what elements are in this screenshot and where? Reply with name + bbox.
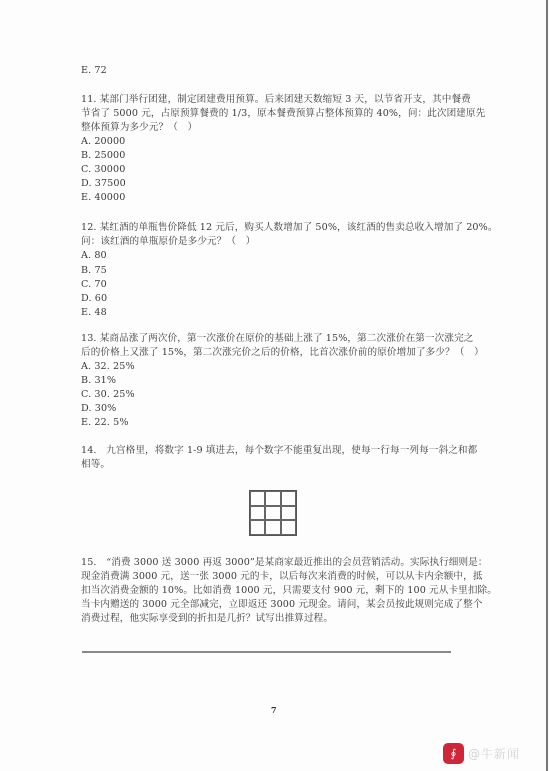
q11-option-a: A. 20000 bbox=[81, 135, 125, 149]
q13-option-a: A. 32. 25% bbox=[81, 360, 135, 374]
question-15-line-2: 现金消费满 3000 元，送一张 3000 元的卡，以后每次来消费的时候，可以从… bbox=[81, 570, 483, 584]
question-15-line-1: 15. “消费 3000 送 3000 再返 3000”是某商家最近推出的会员营… bbox=[81, 556, 488, 570]
grid-cell bbox=[250, 520, 265, 535]
grid-cell bbox=[281, 506, 296, 521]
q13-option-e: E. 22. 5% bbox=[81, 416, 129, 430]
q13-option-d: D. 30% bbox=[81, 402, 116, 416]
answer-line-divider bbox=[82, 651, 451, 653]
question-14-line-2: 相等。 bbox=[81, 458, 110, 472]
q11-option-d: D. 37500 bbox=[81, 177, 126, 191]
grid-cell bbox=[250, 506, 265, 521]
q12-option-e: E. 48 bbox=[81, 306, 107, 320]
q11-option-b: B. 25000 bbox=[81, 149, 125, 163]
q12-option-c: C. 70 bbox=[81, 278, 107, 292]
question-14-line-1: 14. 九宫格里，将数字 1-9 填进去，每个数字不能重复出现，使每一行每一列每… bbox=[81, 444, 477, 458]
grid-cell bbox=[281, 491, 296, 506]
watermark-text: @牛新闻 bbox=[468, 745, 520, 762]
question-13-line-1: 13. 某商品涨了两次价，第一次涨价在原价的基础上涨了 15%，第二次涨价在第一… bbox=[81, 332, 473, 346]
grid-cell bbox=[281, 520, 296, 535]
question-15-line-3: 扣当次消费金额的 10%。比如消费 1000 元，只需要支付 900 元，剩下的… bbox=[81, 584, 497, 598]
q12-option-b: B. 75 bbox=[81, 264, 107, 278]
grid-cell bbox=[250, 491, 265, 506]
q12-option-d: D. 60 bbox=[81, 292, 107, 306]
watermark: ∮ @牛新闻 bbox=[443, 743, 520, 764]
q11-option-c: C. 30000 bbox=[81, 163, 125, 177]
page-edge-border bbox=[546, 0, 548, 771]
question-15-line-5: 消费过程，他实际享受到的折扣是几折？试写出推算过程。 bbox=[81, 612, 333, 626]
question-15-line-4: 当卡内赠送的 3000 元全部减完，立即返还 3000 元现金。请问，某会员按此… bbox=[81, 598, 483, 612]
q13-option-b: B. 31% bbox=[81, 374, 116, 388]
news-logo-icon: ∮ bbox=[443, 743, 464, 764]
grid-cell bbox=[265, 506, 280, 521]
question-11-line-3: 整体预算为多少元？（ ） bbox=[81, 121, 197, 135]
option-prev-e: E. 72 bbox=[81, 64, 107, 78]
q11-option-e: E. 40000 bbox=[81, 191, 125, 205]
q12-option-a: A. 80 bbox=[81, 249, 107, 263]
question-11-line-2: 节省了 5000 元，占原预算餐费的 1/3，原本餐费预算占整体预算的 40%，… bbox=[81, 107, 485, 121]
grid-cell bbox=[265, 491, 280, 506]
grid-cell bbox=[265, 520, 280, 535]
page-number: 7 bbox=[271, 705, 277, 715]
question-12-line-2: 问：该红酒的单瓶原价是多少元？（ ） bbox=[81, 235, 256, 249]
question-12-line-1: 12. 某红酒的单瓶售价降低 12 元后，购买人数增加了 50%，该红酒的售卖总… bbox=[81, 221, 498, 235]
magic-square-grid bbox=[249, 490, 297, 536]
question-11-line-1: 11. 某部门举行团建，制定团建费用预算。后来团建天数缩短 3 天，以节省开支，… bbox=[81, 93, 471, 107]
question-13-line-2: 后的价格上又涨了 15%，第二次涨完价之后的价格，比首次涨价前的原价增加了多少？… bbox=[81, 346, 484, 360]
q13-option-c: C. 30. 25% bbox=[81, 388, 135, 402]
